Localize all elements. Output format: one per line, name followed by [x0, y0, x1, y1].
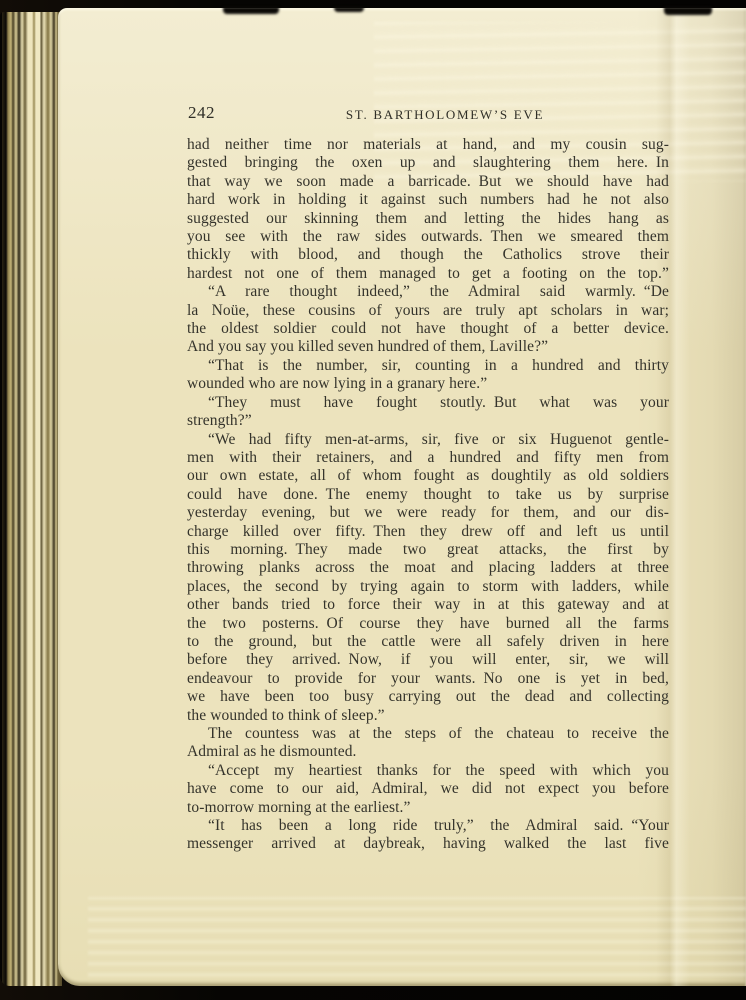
- text-line: “That is the number, sir, counting in a …: [187, 357, 669, 375]
- text-line: places, the second by trying again to st…: [187, 578, 669, 596]
- page-edges-left: [0, 12, 62, 986]
- text-line: before they arrived. Now, if you will en…: [187, 651, 669, 669]
- text-line: gested bringing the oxen up and slaughte…: [187, 154, 669, 172]
- running-title: ST. BARTHOLOMEW’S EVE: [346, 107, 544, 123]
- text-line: “They must have fought stoutly. But what…: [187, 394, 669, 412]
- page-content: 242 ST. BARTHOLOMEW’S EVE had neither ti…: [187, 8, 669, 986]
- page-body: had neither time nor materials at hand, …: [187, 136, 669, 854]
- text-line: to the ground, but the cattle were all s…: [187, 633, 669, 651]
- text-line: suggested our skinning them and letting …: [187, 210, 669, 228]
- paragraph: “They must have fought stoutly. But what…: [187, 394, 669, 431]
- text-line: could have done. The enemy thought to ta…: [187, 486, 669, 504]
- paragraph: “We had fifty men-at-arms, sir, five or …: [187, 431, 669, 726]
- paragraph: had neither time nor materials at hand, …: [187, 136, 669, 283]
- text-line: And you say you killed seven hundred of …: [187, 338, 669, 356]
- text-line: hardest not one of them managed to get a…: [187, 265, 669, 283]
- text-line: wounded who are now lying in a granary h…: [187, 375, 669, 393]
- text-line: this morning. They made two great attack…: [187, 541, 669, 559]
- text-line: men with their retainers, and a hundred …: [187, 449, 669, 467]
- text-line: endeavour to provide for your wants. No …: [187, 670, 669, 688]
- paragraph: “A rare thought indeed,” the Admiral sai…: [187, 283, 669, 357]
- text-line: had neither time nor materials at hand, …: [187, 136, 669, 154]
- paragraph: “Accept my heartiest thanks for the spee…: [187, 762, 669, 817]
- text-line: yesterday evening, but we were ready for…: [187, 504, 669, 522]
- page-header: 242 ST. BARTHOLOMEW’S EVE: [187, 103, 669, 127]
- text-line: that way we soon made a barricade. But w…: [187, 173, 669, 191]
- page-top-shadow: [664, 7, 712, 15]
- text-line: you see with the raw sides outwards. The…: [187, 228, 669, 246]
- text-line: “We had fifty men-at-arms, sir, five or …: [187, 431, 669, 449]
- text-line: thickly with blood, and though the Catho…: [187, 246, 669, 264]
- text-line: throwing planks across the moat and plac…: [187, 559, 669, 577]
- paragraph: “That is the number, sir, counting in a …: [187, 357, 669, 394]
- book-page: 242 ST. BARTHOLOMEW’S EVE had neither ti…: [58, 8, 746, 986]
- text-line: the oldest soldier could not have though…: [187, 320, 669, 338]
- text-line: the wounded to think of sleep.”: [187, 707, 669, 725]
- text-line: “A rare thought indeed,” the Admiral sai…: [187, 283, 669, 301]
- text-line: have come to our aid, Admiral, we did no…: [187, 780, 669, 798]
- text-line: The countess was at the steps of the cha…: [187, 725, 669, 743]
- text-line: “Accept my heartiest thanks for the spee…: [187, 762, 669, 780]
- text-line: other bands tried to force their way in …: [187, 596, 669, 614]
- text-line: “It has been a long ride truly,” the Adm…: [187, 817, 669, 835]
- text-line: Admiral as he dismounted.: [187, 743, 669, 761]
- text-line: messenger arrived at daybreak, having wa…: [187, 835, 669, 853]
- paragraph: “It has been a long ride truly,” the Adm…: [187, 817, 669, 854]
- text-line: our own estate, all of whom fought as do…: [187, 467, 669, 485]
- text-line: la Noüe, these cousins of yours are trul…: [187, 302, 669, 320]
- paragraph: The countess was at the steps of the cha…: [187, 725, 669, 762]
- text-line: we have been too busy carrying out the d…: [187, 688, 669, 706]
- text-line: to-morrow morning at the earliest.”: [187, 799, 669, 817]
- page-number: 242: [188, 103, 215, 123]
- text-line: the two posterns. Of course they have bu…: [187, 615, 669, 633]
- text-line: charge killed over fifty. Then they drew…: [187, 523, 669, 541]
- book-photo: 242 ST. BARTHOLOMEW’S EVE had neither ti…: [0, 0, 746, 1000]
- text-line: strength?”: [187, 412, 669, 430]
- text-line: hard work in holding it against such num…: [187, 191, 669, 209]
